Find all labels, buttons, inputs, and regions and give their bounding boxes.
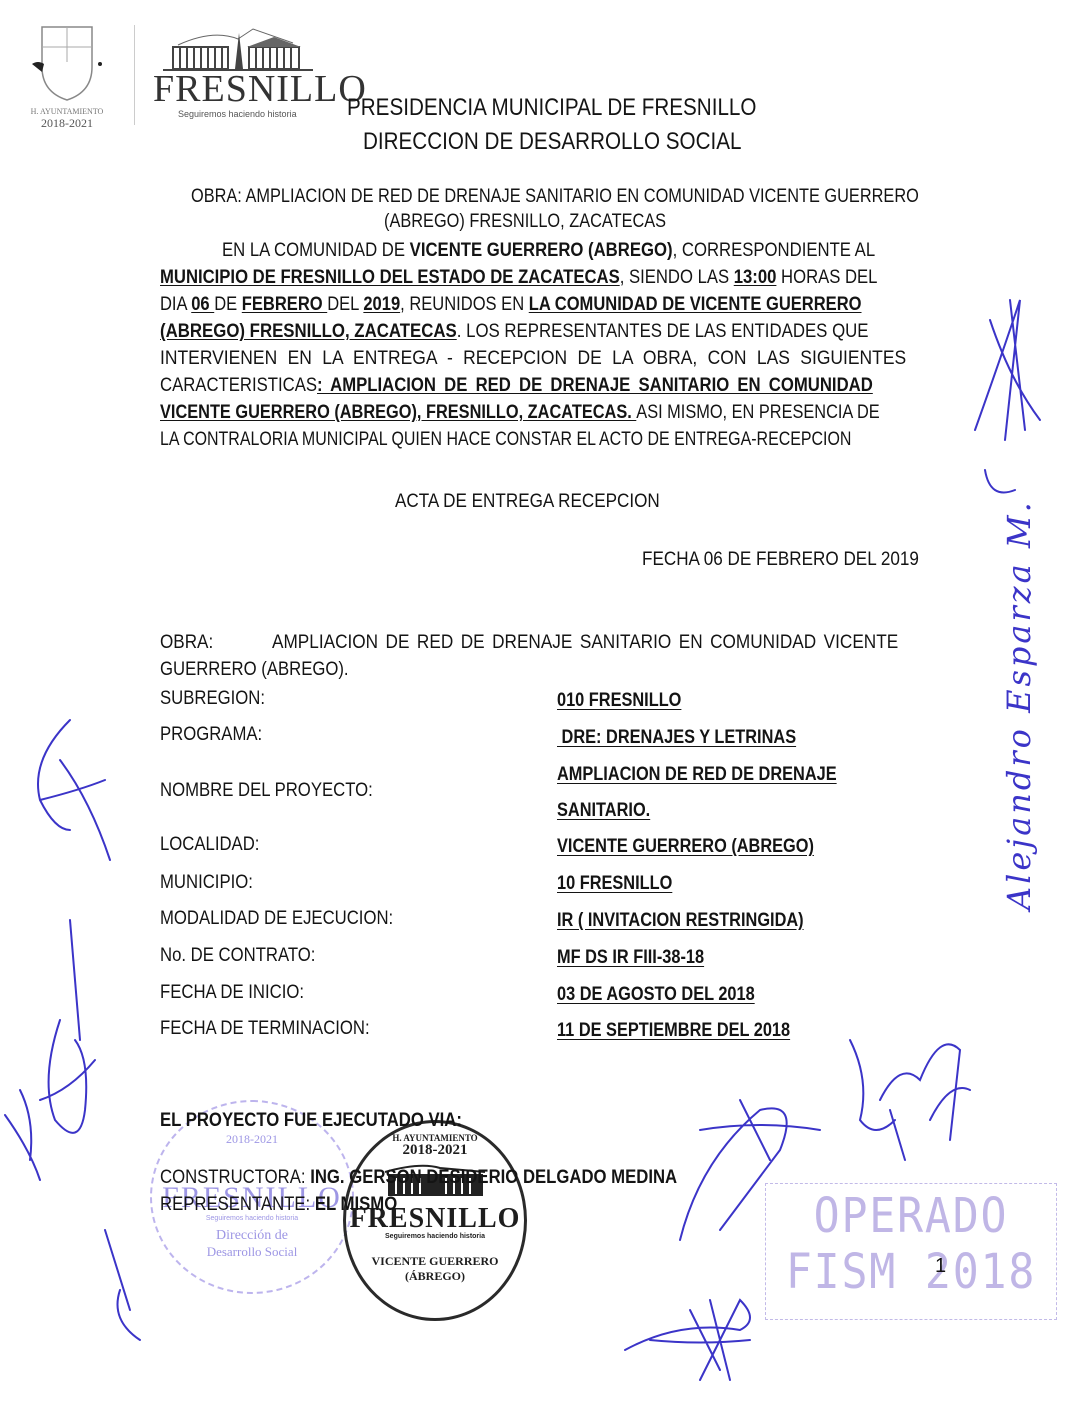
constructora-label: CONSTRUCTORA:: [160, 1167, 310, 1188]
text: CARACTERISTICAS: [160, 375, 317, 396]
place-ref: VICENTE GUERRERO (ABREGO), FRESNILLO, ZA…: [160, 402, 636, 423]
obra-value-line-1: AMPLIACION DE RED DE DRENAJE SANITARIO E…: [272, 632, 898, 654]
value-contrato: MF DS IR FIII-38-18: [557, 947, 704, 969]
label-municipio: MUNICIPIO:: [160, 872, 253, 894]
coat-of-arms-caption: H. AYUNTAMIENTO: [22, 107, 112, 116]
stamp-operado-fism: OPERADO FISM 2018: [765, 1183, 1057, 1320]
obra-heading-line-1: OBRA: AMPLIACION DE RED DE DRENAJE SANIT…: [191, 186, 919, 208]
value-subregion: 010 FRESNILLO: [557, 690, 681, 712]
value-programa: DRE: DRENAJES Y LETRINAS: [557, 727, 796, 749]
stamp-tagline: Seguiremos haciendo historia: [152, 1215, 352, 1222]
obra-value-line-2: GUERRERO (ABREGO).: [160, 659, 349, 681]
intro-line-5: INTERVIENEN EN LA ENTREGA - RECEPCION DE…: [160, 348, 906, 370]
stamp-place-2: (ÁBREGO): [346, 1269, 524, 1284]
coat-of-arms: H. AYUNTAMIENTO 2018-2021: [22, 22, 112, 132]
place-ref: (ABREGO) FRESNILLO, ZACATECAS: [160, 321, 457, 342]
municipio-ref: MUNICIPIO DE FRESNILLO DEL ESTADO DE ZAC…: [160, 267, 620, 288]
representante-label: REPRESENTANTE:: [160, 1194, 315, 1215]
fresnillo-logo: FRESNILLO Seguiremos haciendo historia: [153, 25, 323, 125]
intro-line-4: (ABREGO) FRESNILLO, ZACATECAS. LOS REPRE…: [160, 321, 869, 343]
text: , CORRESPONDIENTE AL: [673, 240, 876, 261]
value-fecha-inicio: 03 DE AGOSTO DEL 2018: [557, 984, 755, 1006]
stamp-place-1: VICENTE GUERRERO: [346, 1254, 524, 1269]
text: EN LA COMUNIDAD DE: [222, 240, 410, 261]
value-modalidad: IR ( INVITACION RESTRINGIDA): [557, 910, 804, 932]
execution-via-label: EL PROYECTO FUE EJECUTADO VIA:: [160, 1110, 462, 1132]
header-title-1: PRESIDENCIA MUNICIPAL DE FRESNILLO: [347, 94, 756, 122]
representante-value: EL MISMO: [315, 1194, 397, 1215]
month-ref: FEBRERO: [242, 294, 327, 315]
characteristics-ref: : AMPLIACION DE RED DE DRENAJE SANITARIO…: [317, 375, 873, 396]
text: . LOS REPRESENTANTES DE LAS ENTIDADES QU…: [457, 321, 869, 342]
label-fecha-inicio: FECHA DE INICIO:: [160, 982, 304, 1004]
intro-line-2: MUNICIPIO DE FRESNILLO DEL ESTADO DE ZAC…: [160, 267, 877, 289]
text: , SIENDO LAS: [620, 267, 734, 288]
obra-label: OBRA:: [160, 632, 213, 654]
label-localidad: LOCALIDAD:: [160, 834, 259, 856]
intro-line-8: LA CONTRALORIA MUNICIPAL QUIEN HACE CONS…: [160, 429, 851, 451]
label-programa: PROGRAMA:: [160, 724, 262, 746]
stamp-operado-line-2: FISM 2018: [781, 1244, 1042, 1300]
logo-tagline: Seguiremos haciendo historia: [178, 109, 297, 119]
obra-heading-line-2: (ABREGO) FRESNILLO, ZACATECAS: [384, 211, 666, 233]
label-modalidad: MODALIDAD DE EJECUCION:: [160, 908, 393, 930]
label-contrato: No. DE CONTRATO:: [160, 945, 315, 967]
stamp-line-1: Dirección de: [152, 1228, 352, 1244]
header-title-2: DIRECCION DE DESARROLLO SOCIAL: [363, 128, 741, 156]
intro-line-3: DIA 06 DE FEBRERO DEL 2019, REUNIDOS EN …: [160, 294, 862, 316]
place-ref: LA COMUNIDAD DE VICENTE GUERRERO: [529, 294, 862, 315]
value-nombre-proyecto-2: SANITARIO.: [557, 800, 650, 822]
stamp-years: 2018-2021: [152, 1132, 352, 1147]
logo-name: FRESNILLO: [153, 69, 367, 109]
value-fecha-terminacion: 11 DE SEPTIEMBRE DEL 2018: [557, 1020, 790, 1042]
text: ASI MISMO, EN PRESENCIA DE: [636, 402, 879, 423]
text: DE: [214, 294, 242, 315]
day-ref: 06: [191, 294, 214, 315]
value-municipio: 10 FRESNILLO: [557, 873, 672, 895]
handwritten-margin-name: Alejandro Esparza M.: [1000, 499, 1038, 910]
shield-icon: [22, 22, 112, 102]
text: INTERVIENEN EN LA ENTREGA - RECEPCION DE…: [160, 348, 906, 369]
page-number: 1: [935, 1255, 946, 1278]
value-localidad: VICENTE GUERRERO (ABREGO): [557, 836, 814, 858]
document-date: FECHA 06 DE FEBRERO DEL 2019: [642, 549, 919, 571]
label-fecha-terminacion: FECHA DE TERMINACION:: [160, 1018, 370, 1040]
stamp-vicente-guerrero: H. AYUNTAMIENTO 2018-2021 FRESNILLO Segu…: [343, 1120, 527, 1321]
stamp-years: 2018-2021: [346, 1143, 524, 1158]
text: HORAS DEL: [776, 267, 877, 288]
text: DEL: [327, 294, 363, 315]
locality-ref: VICENTE GUERRERO (ABREGO): [410, 240, 673, 261]
text: DIA: [160, 294, 191, 315]
stamp-operado-line-1: OPERADO: [781, 1188, 1042, 1244]
intro-line-1: EN LA COMUNIDAD DE VICENTE GUERRERO (ABR…: [222, 240, 875, 262]
stamp-line-2: Desarrollo Social: [152, 1244, 352, 1260]
label-nombre-proyecto: NOMBRE DEL PROYECTO:: [160, 780, 373, 802]
label-subregion: SUBREGION:: [160, 688, 265, 710]
text: LA CONTRALORIA MUNICIPAL QUIEN HACE CONS…: [160, 429, 851, 450]
stamp-tagline: Seguiremos haciendo historia: [346, 1233, 524, 1240]
constructora-line: CONSTRUCTORA: ING. GERSON DESIDERIO DELG…: [160, 1167, 677, 1189]
value-nombre-proyecto: AMPLIACION DE RED DE DRENAJE: [557, 764, 837, 786]
time-ref: 13:00: [734, 267, 777, 288]
constructora-value: ING. GERSON DESIDERIO DELGADO MEDINA: [310, 1167, 677, 1188]
year-ref: 2019: [363, 294, 400, 315]
intro-line-7: VICENTE GUERRERO (ABREGO), FRESNILLO, ZA…: [160, 402, 880, 424]
coat-of-arms-years: 2018-2021: [22, 116, 112, 131]
text: , REUNIDOS EN: [400, 294, 529, 315]
representante-line: REPRESENTANTE: EL MISMO: [160, 1194, 397, 1216]
header-divider: [134, 25, 135, 125]
intro-line-6: CARACTERISTICAS: AMPLIACION DE RED DE DR…: [160, 375, 873, 397]
acta-title: ACTA DE ENTREGA RECEPCION: [395, 491, 660, 513]
